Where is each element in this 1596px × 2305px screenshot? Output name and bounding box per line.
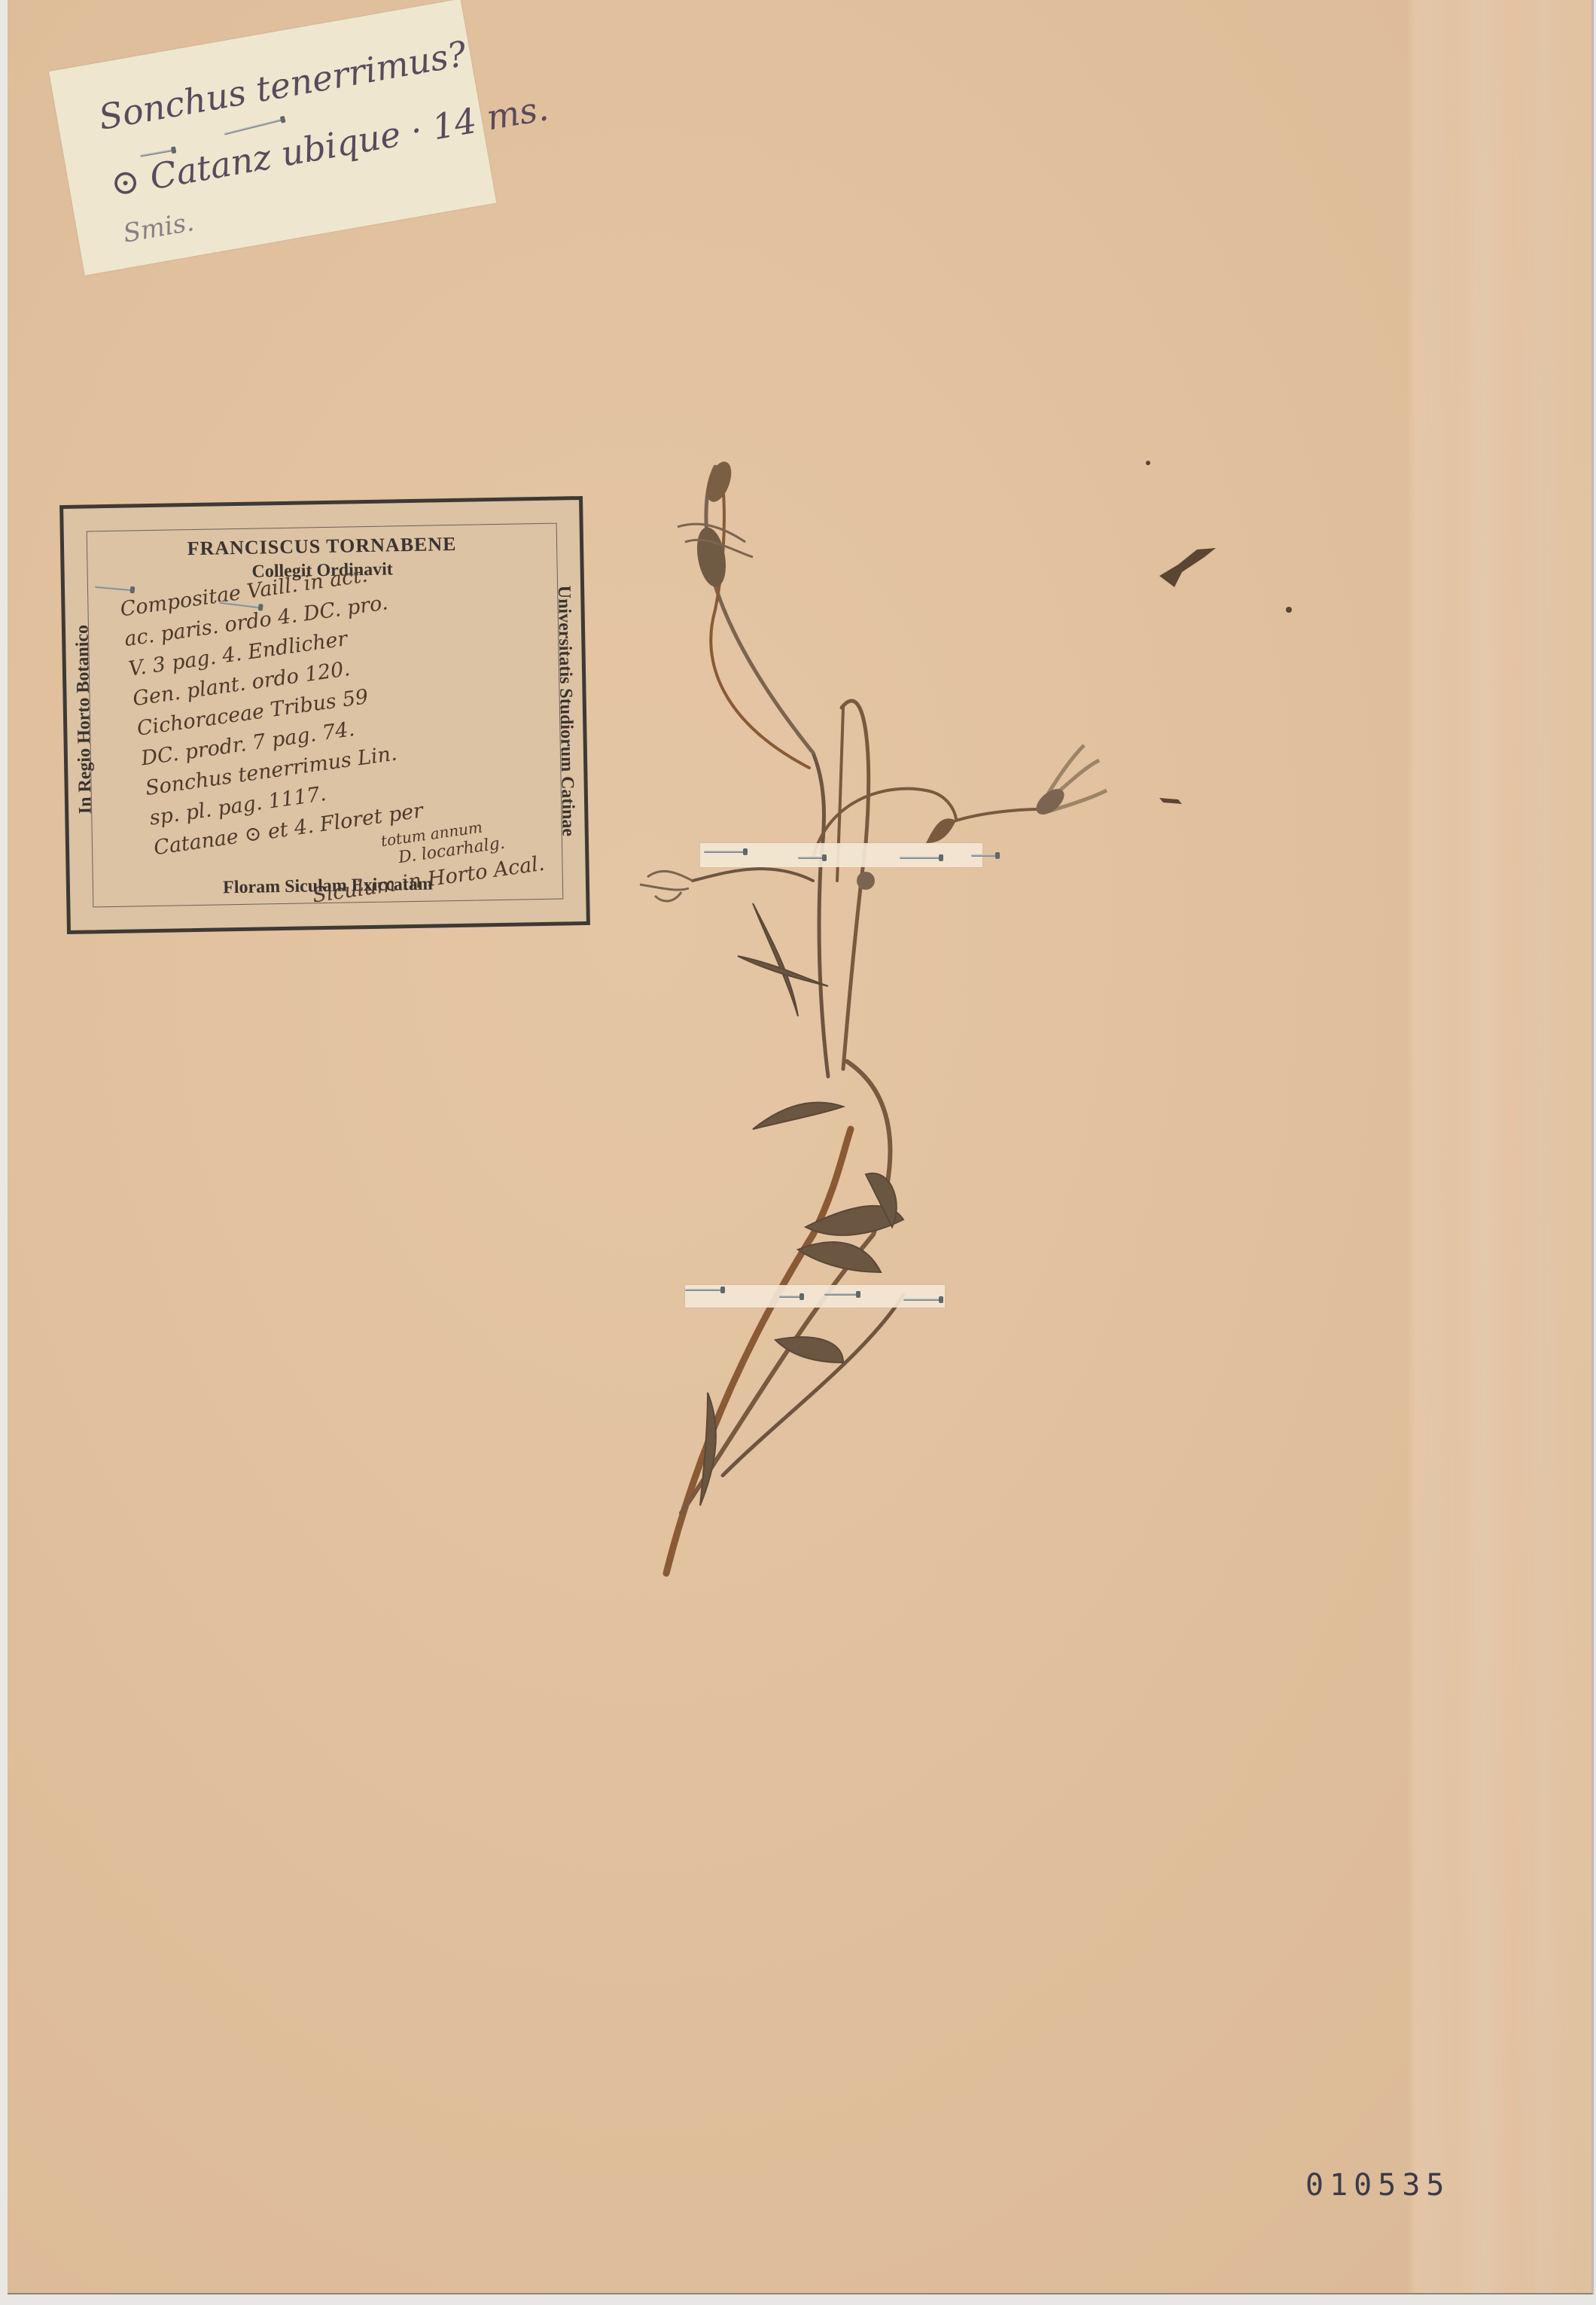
pin-icon	[903, 1299, 941, 1301]
pin-icon	[824, 1293, 858, 1296]
slip-line-collector: Smis.	[121, 207, 196, 249]
label-inner-frame: FRANCISCUS TORNABENE Collegit Ordinavit …	[87, 523, 564, 908]
label-side-right: Universitatis Studiorum Catinae	[553, 586, 578, 837]
pin-icon	[971, 854, 998, 857]
pin-icon	[704, 851, 745, 853]
label-side-left: In Regio Horto Botanico	[72, 625, 96, 815]
pin-icon	[779, 1296, 802, 1298]
catalog-number: 010535	[1305, 2168, 1451, 2203]
pin-icon	[900, 857, 941, 859]
pin-icon	[685, 1289, 723, 1291]
herbarium-sheet	[8, 0, 1594, 2294]
pin-icon	[798, 857, 824, 859]
collection-label: FRANCISCUS TORNABENE Collegit Ordinavit …	[59, 496, 590, 934]
pin-icon	[224, 118, 283, 135]
